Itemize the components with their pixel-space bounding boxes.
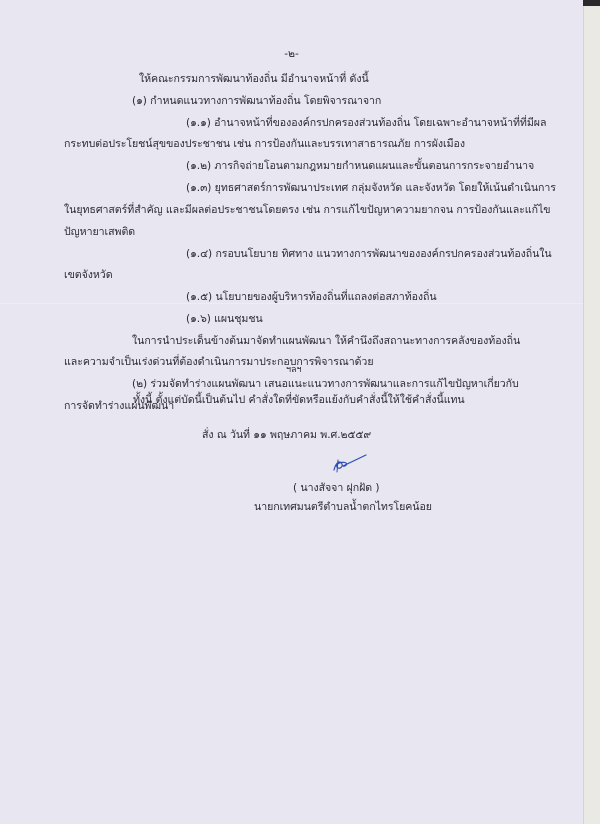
item-1-6: (๑.๖) แผนชุมชน — [186, 312, 263, 326]
scan-edge — [584, 0, 600, 824]
page-number: -๒- — [0, 47, 583, 61]
item-1-3-line1: (๑.๓) ยุทธศาสตร์การพัฒนาประเทศ กลุ่มจังห… — [186, 181, 556, 195]
item-1-3-line3: ปัญหายาเสพติด — [64, 225, 135, 239]
signer-name: ( นางสัจจา ฝุกฝัด ) — [293, 481, 379, 495]
document-page: -๒- ให้คณะกรรมการพัฒนาท้องถิ่น มีอำนาจหน… — [0, 0, 584, 824]
item-1-1-line1: (๑.๑) อำนาจหน้าที่ขององค์กรปกครองส่วนท้อ… — [186, 116, 546, 130]
paragraph-line2: และความจำเป็นเร่งด่วนที่ต้องดำเนินการมาป… — [64, 355, 374, 369]
item-1-4-line1: (๑.๔) กรอบนโยบาย ทิศทาง แนวทางการพัฒนาขอ… — [186, 247, 552, 261]
order-date: สั่ง ณ วันที่ ๑๑ พฤษภาคม พ.ศ.๒๕๕๙ — [202, 428, 371, 442]
item-2-line1: (๒) ร่วมจัดทำร่างแผนพัฒนา เสนอแนะแนวทางก… — [132, 377, 519, 391]
ellipsis-mark: ฯลฯ — [286, 363, 301, 377]
signature — [330, 452, 370, 474]
effective-statement: ทั้งนี้ ตั้งแต่บัดนี้เป็นต้นไป คำสั่งใดท… — [133, 393, 465, 407]
item-1-4-line2: เขตจังหวัด — [64, 268, 113, 282]
item-1-1-line2: กระทบต่อประโยชน์สุขของประชาชน เช่น การป้… — [64, 137, 465, 151]
item-1-2: (๑.๒) ภารกิจถ่ายโอนตามกฎหมายกำหนดแผนและข… — [186, 159, 534, 173]
item-1-5: (๑.๕) นโยบายของผู้บริหารท้องถิ่นที่แถลงต… — [186, 290, 437, 304]
item-1-3-line2: ในยุทธศาสตร์ที่สำคัญ และมีผลต่อประชาชนโด… — [64, 203, 550, 217]
signer-title: นายกเทศมนตรีตำบลน้ำตกไทรโยคน้อย — [254, 500, 432, 514]
scan-corner — [583, 0, 600, 6]
intro-line: ให้คณะกรรมการพัฒนาท้องถิ่น มีอำนาจหน้าที… — [139, 72, 369, 86]
paragraph-line1: ในการนำประเด็นข้างต้นมาจัดทำแผนพัฒนา ให้… — [132, 334, 520, 348]
item-1: (๑) กำหนดแนวทางการพัฒนาท้องถิ่น โดยพิจาร… — [132, 94, 381, 108]
